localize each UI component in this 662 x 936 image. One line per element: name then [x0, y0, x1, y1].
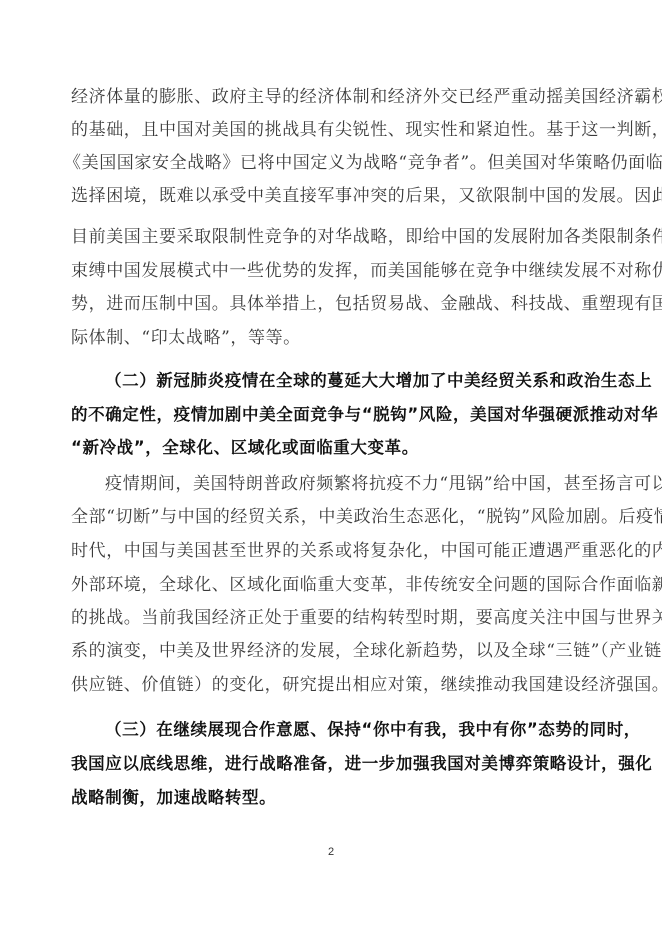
body-line: 疫情期间，美国特朗普政府频繁将抗疫不力“甩锅”给中国，甚至扬言可以	[105, 474, 591, 494]
body-line: 时代，中国与美国甚至世界的关系或将复杂化，中国可能正遭遇严重恶化的内	[71, 541, 591, 561]
section-heading-3: （三）在继续展现合作意愿、保持“你中有我，我中有你”态势的同时，	[105, 720, 591, 740]
body-line: 的基础，且中国对美国的挑战具有尖锐性、现实性和紧迫性。基于这一判断，	[71, 120, 591, 140]
section-heading-2: “新冷战”，全球化、区域化或面临重大变革。	[71, 438, 591, 458]
body-line: 系的演变，中美及世界经济的发展，全球化新趋势，以及全球“三链”（产业链、	[71, 641, 591, 661]
body-line: 供应链、价值链）的变化，研究提出相应对策，继续推动我国建设经济强国。	[71, 675, 591, 695]
body-line: 际体制、“印太战略”，等等。	[71, 328, 591, 348]
document-page: 经济体量的膨胀、政府主导的经济体制和经济外交已经严重动摇美国经济霸权 的基础，且…	[0, 0, 662, 936]
section-heading-3: 战略制衡，加速战略转型。	[71, 788, 591, 808]
section-heading-3: 我国应以底线思维，进行战略准备，进一步加强我国对美博弈策略设计，强化	[71, 754, 591, 774]
page-number: 2	[0, 846, 662, 858]
body-line: 的挑战。当前我国经济正处于重要的结构转型时期，要高度关注中国与世界关	[71, 608, 591, 628]
body-line: 经济体量的膨胀、政府主导的经济体制和经济外交已经严重动摇美国经济霸权	[71, 87, 591, 107]
body-line: 全部“切断”与中国的经贸关系，中美政治生态恶化，“脱钩”风险加剧。后疫情	[71, 507, 591, 527]
body-line: 外部环境，全球化、区域化面临重大变革，非传统安全问题的国际合作面临新	[71, 575, 591, 595]
section-heading-2: （二）新冠肺炎疫情在全球的蔓延大大增加了中美经贸关系和政治生态上	[105, 371, 591, 391]
body-line: 势，进而压制中国。具体举措上，包括贸易战、金融战、科技战、重塑现有国	[71, 294, 591, 314]
section-heading-2: 的不确定性，疫情加剧中美全面竞争与“脱钩”风险，美国对华强硬派推动对华	[71, 405, 591, 425]
body-line: 目前美国主要采取限制性竞争的对华战略，即给中国的发展附加各类限制条件，	[71, 227, 591, 247]
body-line: 束缚中国发展模式中一些优势的发挥，而美国能够在竞争中继续发展不对称优	[71, 261, 591, 281]
body-line: 选择困境，既难以承受中美直接军事冲突的后果，又欲限制中国的发展。因此，	[71, 186, 591, 206]
body-line: 《美国国家安全战略》已将中国定义为战略“竞争者”。但美国对华策略仍面临	[64, 153, 591, 173]
